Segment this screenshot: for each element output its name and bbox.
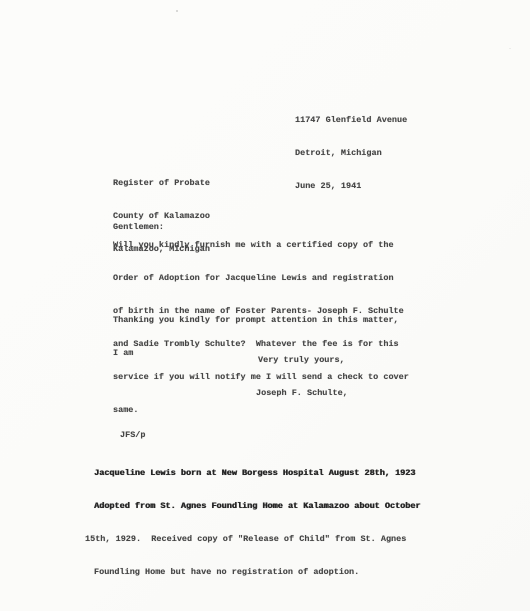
return-address-city: Detroit, Michigan [295,148,407,159]
signature-text: Joseph F. Schulte, [256,388,348,399]
body-line: Will you kindly furnish me with a certif… [113,240,409,251]
scan-speck [176,10,178,12]
postscript-line: Foundling Home but have no registration … [85,567,420,578]
typed-signature: Joseph F. Schulte, [256,366,348,421]
letter-date: June 25, 1941 [295,181,407,192]
body-line: I am [113,348,399,359]
postscript-line: Jacqueline Lewis born at New Borgess Hos… [85,468,420,479]
reference-initials-text: JFS/p [120,430,146,441]
scan-speck [509,48,511,49]
body-line: Order of Adoption for Jacqueline Lewis a… [113,273,409,284]
body-line: Thanking you kindly for prompt attention… [113,315,399,326]
postscript-line: 15th, 1929. Received copy of "Release of… [85,534,420,545]
closing-text: Very truly yours, [258,355,345,366]
return-address-block: 11747 Glenfield Avenue Detroit, Michigan… [295,93,407,214]
postscript-line: Adopted from St. Agnes Foundling Home at… [85,501,420,512]
recipient-name: Register of Probate [113,178,210,189]
scanned-letter-page: 11747 Glenfield Avenue Detroit, Michigan… [0,0,530,611]
return-address-street: 11747 Glenfield Avenue [295,115,407,126]
postscript-note: Jacqueline Lewis born at New Borgess Hos… [85,446,420,600]
